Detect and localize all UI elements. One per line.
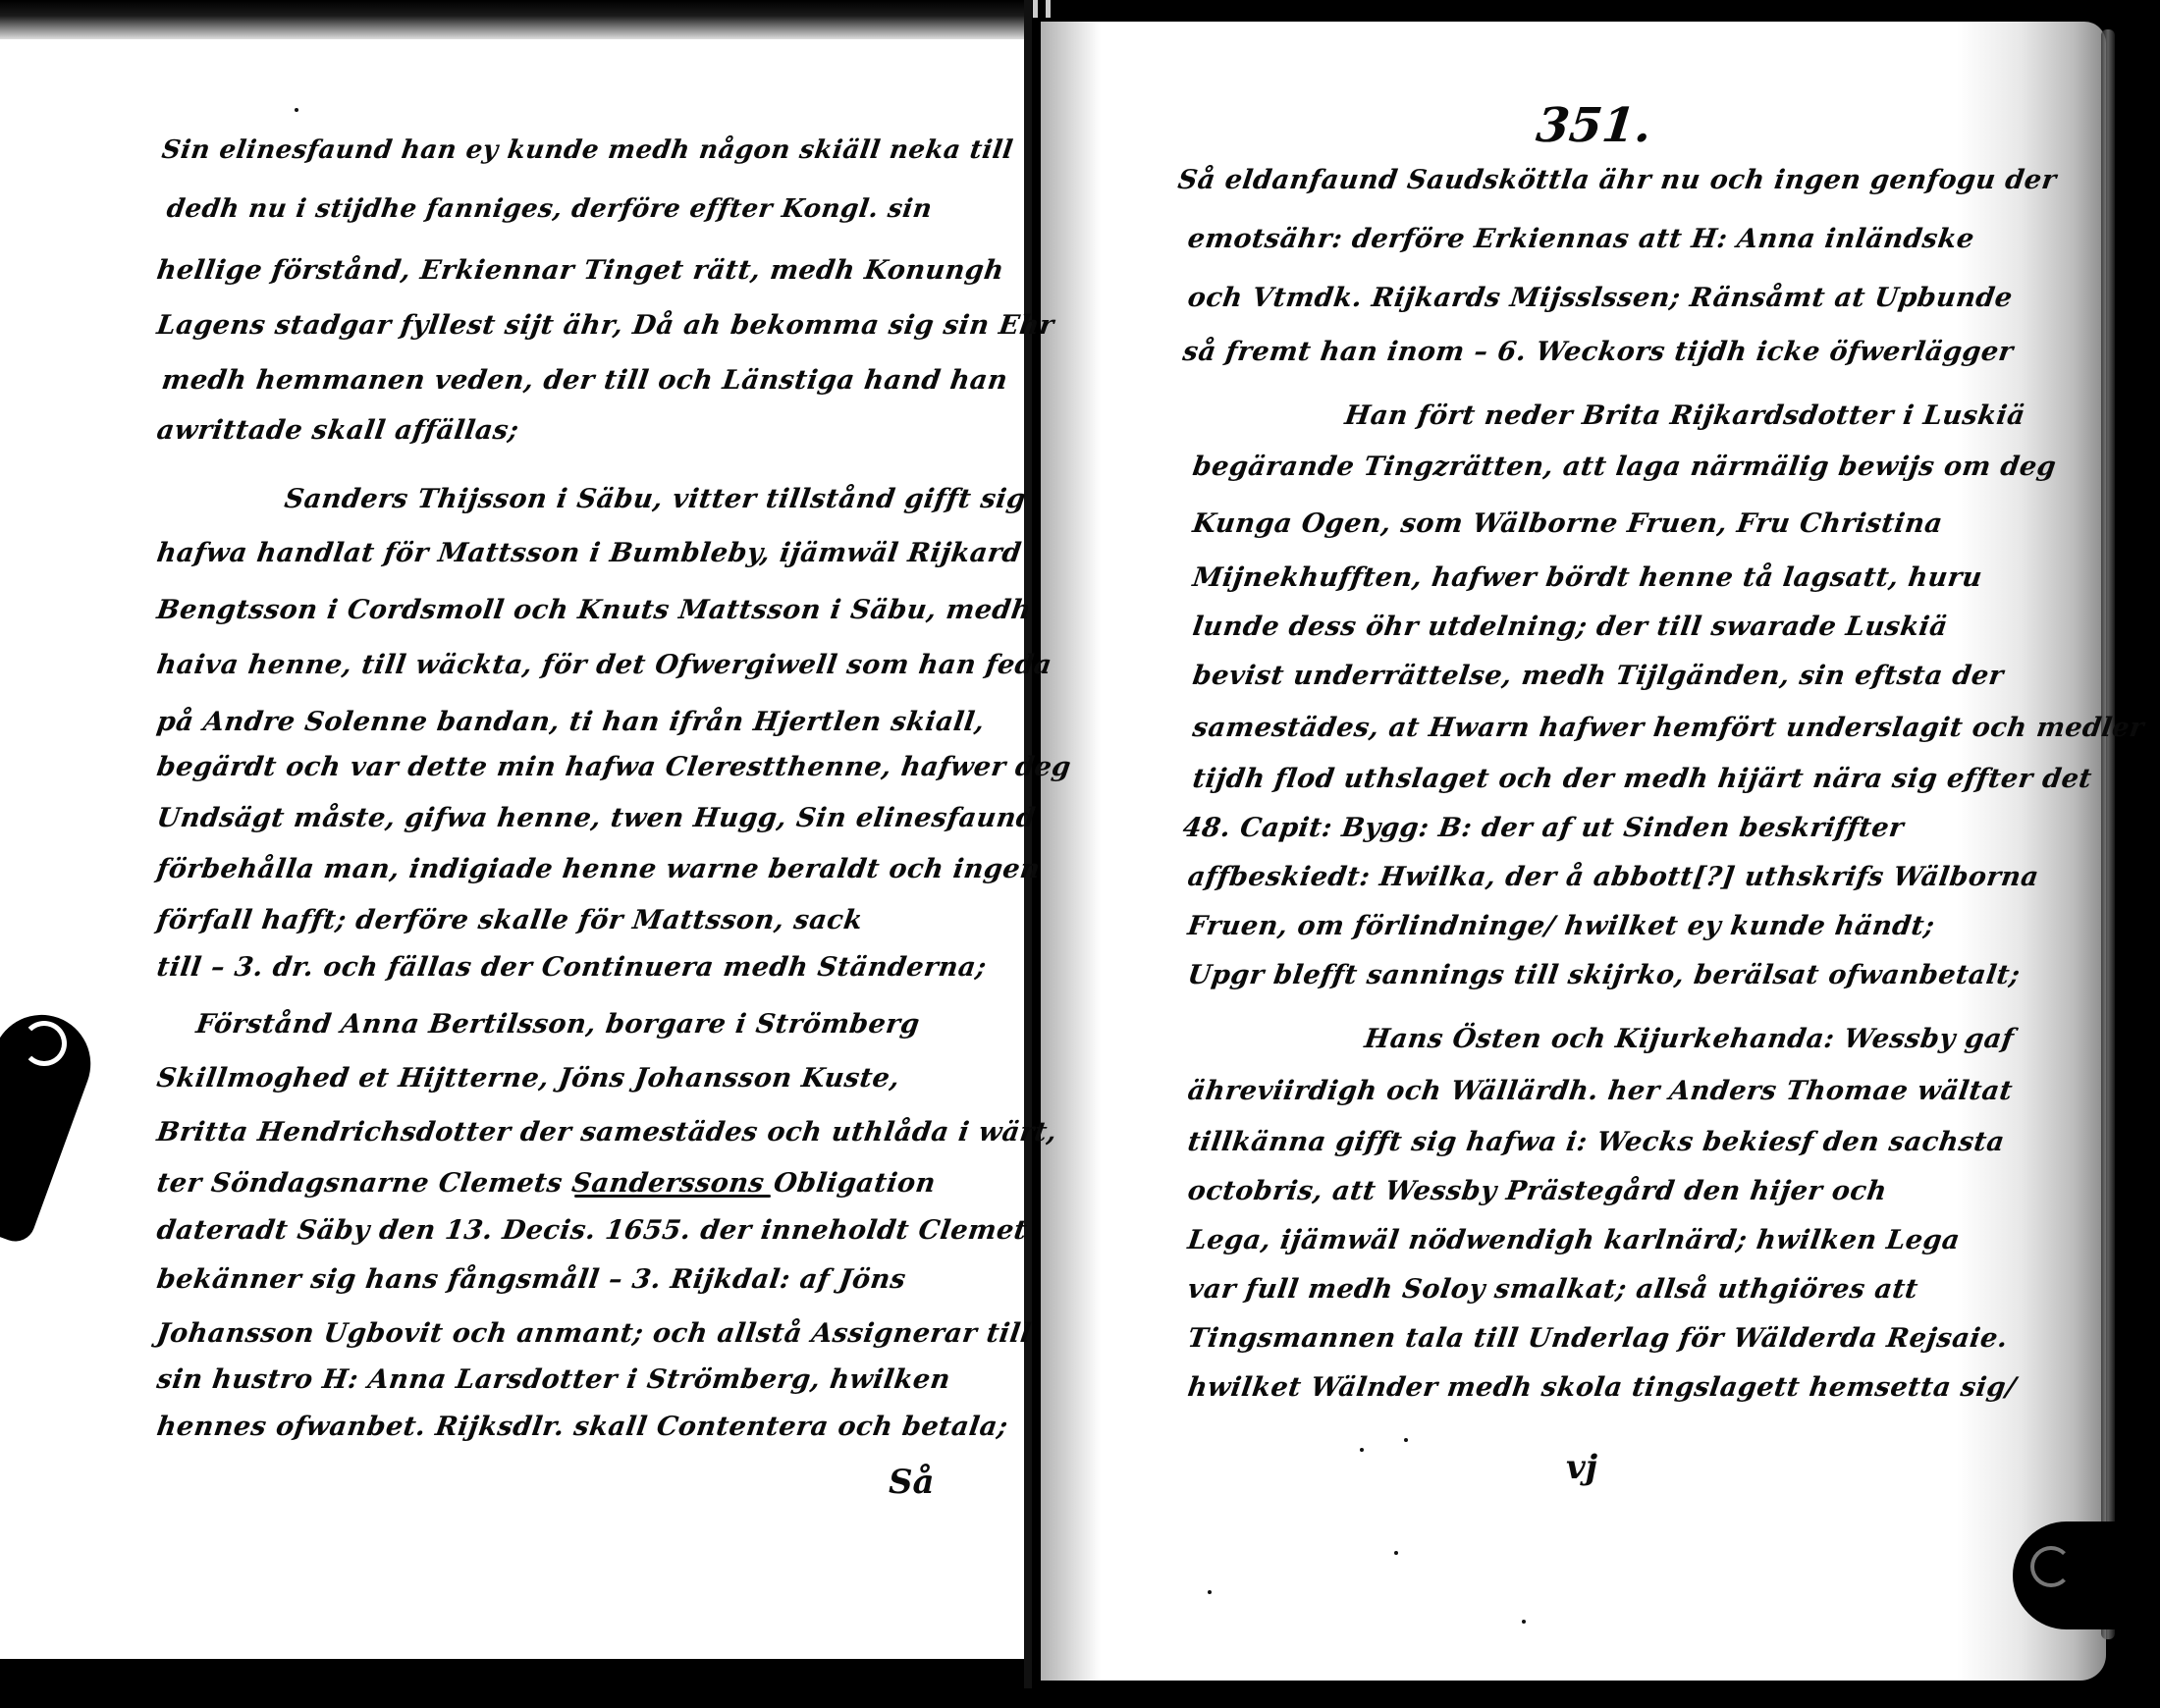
left-line-17: Förstånd Anna Bertilsson, borgare i Strö… xyxy=(194,1011,921,1038)
right-line-23: Tingsmannen tala till Underlag för Wälde… xyxy=(1186,1325,2010,1352)
left-line-5: medh hemmanen veden, der till och Länsti… xyxy=(160,367,1009,394)
left-line-16: till – 3. dr. och fällas der Continuera … xyxy=(155,954,988,981)
right-line-21: Lega, ijämwäl nödwendigh karlnärd; hwilk… xyxy=(1186,1227,1962,1254)
right-line-8: Mijnekhufften, hafwer bördt henne tå lag… xyxy=(1191,564,1984,591)
right-line-19: tillkänna gifft sig hafwa i: Wecks bekie… xyxy=(1186,1129,2006,1155)
right-page-edge xyxy=(2101,29,2115,1639)
film-speck xyxy=(1394,1551,1398,1555)
right-line-6: begärande Tingzrätten, att laga närmälig… xyxy=(1191,454,2058,480)
left-line-12: begärdt och var dette min hafwa Clerestt… xyxy=(155,754,1073,780)
left-line-9: Bengtsson i Cordsmoll och Knuts Mattsson… xyxy=(155,597,1033,623)
left-line-3: hellige förstånd, Erkiennar Tinget rätt,… xyxy=(155,257,1005,284)
right-page xyxy=(1041,22,2106,1681)
right-line-9: lunde dess öhr utdelning; der till swara… xyxy=(1191,614,1949,640)
right-line-20: octobris, att Wessby Prästegård den hije… xyxy=(1186,1178,1888,1204)
left-line-6: awrittade skall affällas; xyxy=(155,417,520,444)
left-line-10: haiva henne, till wäckta, för det Ofwerg… xyxy=(155,652,1053,678)
left-line-21: dateradt Säby den 13. Decis. 1655. der i… xyxy=(155,1217,1029,1244)
film-speck xyxy=(1404,1438,1408,1442)
left-line-8: hafwa handlat för Mattsson i Bumbleby, i… xyxy=(155,540,1023,566)
left-line-25: hennes ofwanbet. Rijksdlr. skall Content… xyxy=(155,1414,1009,1440)
binding-gutter-line xyxy=(1024,0,1032,1688)
right-line-5: Han fört neder Brita Rijkardsdotter i Lu… xyxy=(1343,402,2026,429)
left-line-24: sin hustro H: Anna Larsdotter i Strömber… xyxy=(155,1366,952,1393)
right-catchword: vj xyxy=(1566,1448,1597,1487)
right-line-22: var full medh Soloy smalkat; allså uthgi… xyxy=(1186,1276,1919,1303)
right-line-1: Så eldanfaund Saudsköttla ähr nu och ing… xyxy=(1176,167,2058,193)
left-line-13: Undsägt måste, gifwa henne, twen Hugg, S… xyxy=(155,805,1037,831)
right-line-7: Kunga Ogen, som Wälborne Fruen, Fru Chri… xyxy=(1191,510,1944,537)
left-line-18: Skillmoghed et Hijtterne, Jöns Johansson… xyxy=(155,1065,901,1092)
left-line-1: Sin elinesfaund han ey kunde medh någon … xyxy=(160,137,1014,163)
right-line-11: samestädes, at Hwarn hafwer hemfört unde… xyxy=(1191,715,2145,741)
right-line-3: och Vtmdk. Rijkards Mijsslssen; Ränsåmt … xyxy=(1186,285,2014,311)
film-bottom-edge xyxy=(0,1659,1031,1708)
left-line-20: ter Söndagsnarne Clemets Sanderssons Obl… xyxy=(155,1170,938,1197)
left-line-2: dedh nu i stijdhe fanniges, derföre efft… xyxy=(165,196,934,222)
right-line-4: så fremt han inom – 6. Weckors tijdh ick… xyxy=(1181,339,2015,365)
right-line-12: tijdh flod uthslaget och der medh hijärt… xyxy=(1191,766,2093,792)
right-line-14: affbeskiedt: Hwilka, der å abbott[?] uth… xyxy=(1186,864,2040,890)
left-line-15: förfall hafft; derföre skalle för Mattss… xyxy=(155,907,864,934)
left-line-23: Johansson Ugbovit och anmant; och allstå… xyxy=(155,1320,1033,1347)
right-line-13: 48. Capit: Bygg: B: der af ut Sinden bes… xyxy=(1181,815,1906,841)
left-line-4: Lagens stadgar fyllest sijt ähr, Då ah b… xyxy=(155,312,1055,339)
left-line-22: bekänner sig hans fångsmåll – 3. Rijkdal… xyxy=(155,1266,907,1293)
right-line-15: Fruen, om förlindninge/ hwilket ey kunde… xyxy=(1186,913,1936,939)
left-catchword: Så xyxy=(889,1463,935,1502)
left-line-19: Britta Hendrichsdotter der samestädes oc… xyxy=(155,1119,1058,1146)
clip-ring-left-icon xyxy=(22,1021,67,1066)
film-speck xyxy=(1360,1448,1364,1452)
right-line-17: Hans Östen och Kijurkehanda: Wessby gaf xyxy=(1363,1026,2016,1052)
date-overline xyxy=(574,1195,771,1198)
film-top-edge xyxy=(0,0,1026,39)
left-line-14: förbehålla man, indigiade henne warne be… xyxy=(155,856,1042,882)
gutter-top-marks xyxy=(1033,0,1062,18)
microfilm-scan: Sin elinesfaund han ey kunde medh någon … xyxy=(0,0,2160,1708)
clip-ring-right-icon xyxy=(2030,1546,2072,1587)
film-speck xyxy=(1522,1620,1526,1624)
binding-gutter-shadow xyxy=(1032,0,1101,1688)
left-line-11: på Andre Solenne bandan, ti han ifrån Hj… xyxy=(155,709,987,735)
right-line-2: emotsähr: derföre Erkiennas att H: Anna … xyxy=(1186,226,1976,252)
page-number: 351. xyxy=(1534,98,1654,153)
right-line-16: Upgr blefft sannings till skijrko, beräl… xyxy=(1186,962,2022,988)
left-line-7: Sanders Thijsson i Säbu, vitter tillstån… xyxy=(283,486,1028,512)
right-line-24: hwilket Wälnder medh skola tingslagett h… xyxy=(1186,1374,2018,1401)
right-line-18: ähreviirdigh och Wällärdh. her Anders Th… xyxy=(1186,1078,2014,1104)
film-speck xyxy=(1208,1590,1212,1594)
film-speck xyxy=(295,108,298,112)
right-line-10: bevist underrättelse, medh Tijlgänden, s… xyxy=(1191,663,2005,689)
